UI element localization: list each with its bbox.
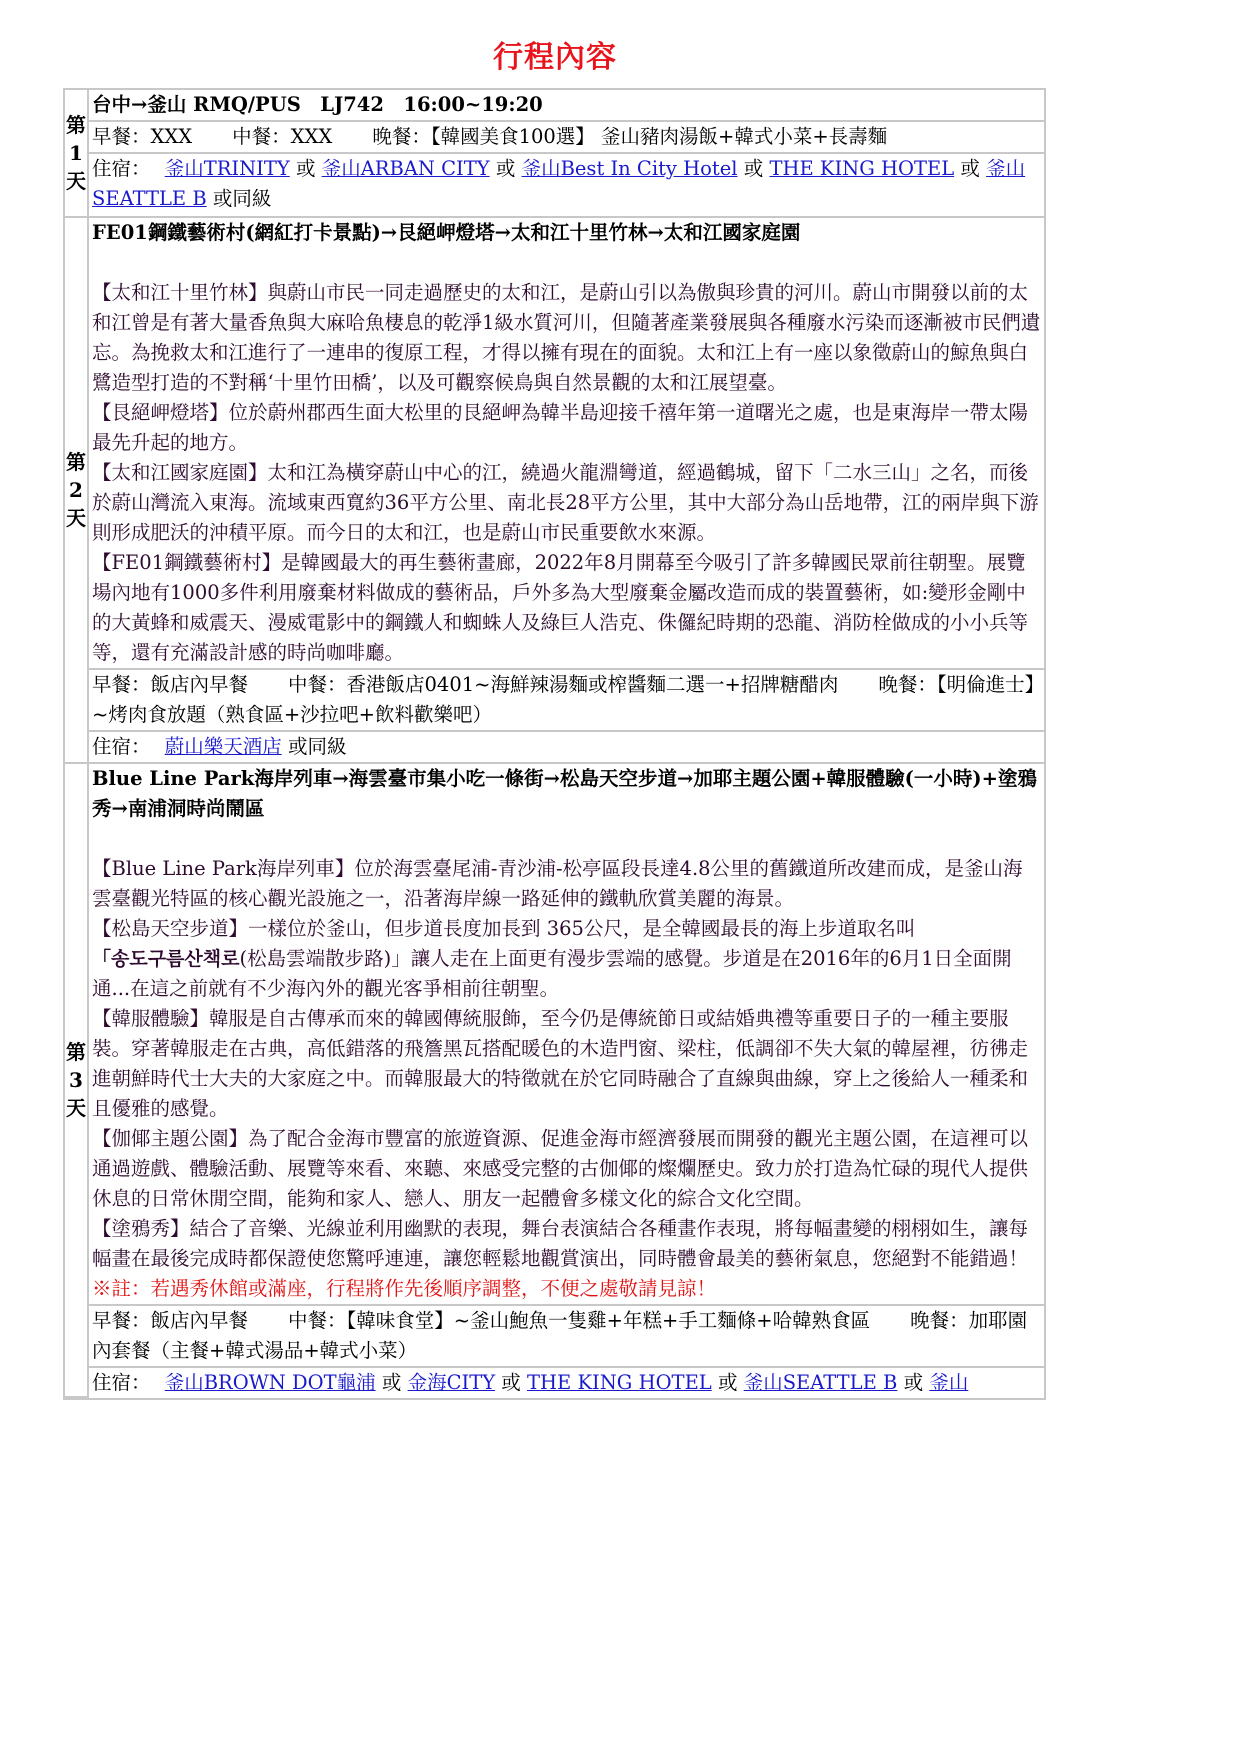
day3-stay-row: 住宿： 釜山BROWN DOT龜浦 或 金海CITY 或 THE KING HO… xyxy=(65,1368,1044,1398)
day2-description: 【太和江十里竹林】與蔚山市民一同走過歷史的太和江，是蔚山引以為傲與珍貴的河川。蔚… xyxy=(92,278,1042,668)
paragraph: 【韓服體驗】韓服是自古傳承而來的韓國傳統服飾，至今仍是傳統節日或結婚典禮等重要日… xyxy=(92,1004,1042,1124)
hotel-link[interactable]: 金海CITY xyxy=(408,1371,496,1394)
day1-meals: 早餐：XXX中餐：XXX晚餐：【韓國美食100選】 釜山豬肉湯飯+韓式小菜+長壽… xyxy=(89,122,1044,154)
hotel-link[interactable]: 釜山Best In City Hotel xyxy=(522,157,738,180)
paragraph: 【太和江國家庭園】太和江為橫穿蔚山中心的江，繞過火龍淵彎道，經過鶴城，留下「二水… xyxy=(92,458,1042,548)
breakfast: 早餐：飯店內早餐 xyxy=(92,673,248,696)
hotel-link[interactable]: 釜山SEATTLE B xyxy=(744,1371,898,1394)
day1-stay: 住宿： 釜山TRINITY 或 釜山ARBAN CITY 或 釜山Best In… xyxy=(89,154,1044,218)
breakfast: 早餐：XXX xyxy=(92,125,192,148)
day2-route: FE01鋼鐵藝術村(網紅打卡景點)→艮絕岬燈塔→太和江十里竹林→太和江國家庭園 xyxy=(92,218,1042,248)
paragraph: 【伽倻主題公園】為了配合金海市豐富的旅遊資源、促進金海市經濟發展而開發的觀光主題… xyxy=(92,1124,1042,1214)
hotel-link[interactable]: 釜山BROWN DOT龜浦 xyxy=(165,1371,376,1394)
paragraph: 【艮絕岬燈塔】位於蔚州郡西生面大松里的艮絕岬為韓半島迎接千禧年第一道曙光之處，也… xyxy=(92,398,1042,458)
paragraph: 【Blue Line Park海岸列車】位於海雲臺尾浦-青沙浦-松亭區段長達4.… xyxy=(92,854,1042,914)
hotel-link[interactable]: 蔚山樂天酒店 xyxy=(165,735,282,758)
paragraph: 【太和江十里竹林】與蔚山市民一同走過歷史的太和江，是蔚山引以為傲與珍貴的河川。蔚… xyxy=(92,278,1042,398)
notice-text: ※註：若遇秀休館或滿座，行程將作先後順序調整，不便之處敬請見諒！ xyxy=(92,1277,716,1300)
stay-prefix: 住宿： xyxy=(92,1371,151,1394)
day3-body: Blue Line Park海岸列車→海雲臺市集小吃一條街→松島天空步道→加耶主… xyxy=(89,764,1044,1306)
stay-prefix: 住宿： xyxy=(92,157,151,180)
day3-meals: 早餐：飯店內早餐中餐：【韓味食堂】~釜山鮑魚一隻雞+年糕+手工麵條+哈韓熟食區晚… xyxy=(89,1306,1044,1368)
page-title: 行程內容 xyxy=(0,38,1110,78)
day1-meals-row: 早餐：XXX中餐：XXX晚餐：【韓國美食100選】 釜山豬肉湯飯+韓式小菜+長壽… xyxy=(65,122,1044,154)
paragraph: 【FE01鋼鐵藝術村】是韓國最大的再生藝術畫廊，2022年8月開幕至今吸引了許多… xyxy=(92,548,1042,668)
itinerary-table: 第 1 天 台中→釜山 RMQ/PUS LJ742 16:00~19:20 早餐… xyxy=(63,88,1046,1400)
day2-meals: 早餐：飯店內早餐中餐：香港飯店0401~海鮮辣湯麵或榨醬麵二選一+招牌糖醋肉晚餐… xyxy=(89,670,1044,732)
day2-label: 第 2 天 xyxy=(65,218,89,764)
day3-description: 【Blue Line Park海岸列車】位於海雲臺尾浦-青沙浦-松亭區段長達4.… xyxy=(92,854,1042,1304)
hotel-link[interactable]: 釜山 xyxy=(929,1371,968,1394)
day1-stay-row: 住宿： 釜山TRINITY 或 釜山ARBAN CITY 或 釜山Best In… xyxy=(65,154,1044,218)
breakfast: 早餐：飯店內早餐 xyxy=(92,1309,248,1332)
day3-label: 第 3 天 xyxy=(65,764,89,1398)
korean-name: 「송도구름산책로 xyxy=(92,948,239,970)
hotel-link[interactable]: THE KING HOTEL xyxy=(769,157,954,180)
day3-route: Blue Line Park海岸列車→海雲臺市集小吃一條街→松島天空步道→加耶主… xyxy=(92,764,1042,824)
day2-body: FE01鋼鐵藝術村(網紅打卡景點)→艮絕岬燈塔→太和江十里竹林→太和江國家庭園 … xyxy=(89,218,1044,670)
day2-stay: 住宿： 蔚山樂天酒店 或同級 xyxy=(89,732,1044,764)
hotel-link[interactable]: 釜山ARBAN CITY xyxy=(322,157,490,180)
day3-body-row: 第 3 天 Blue Line Park海岸列車→海雲臺市集小吃一條街→松島天空… xyxy=(65,764,1044,1306)
day1-label: 第 1 天 xyxy=(65,90,89,218)
stay-prefix: 住宿： xyxy=(92,735,151,758)
lunch: 中餐：香港飯店0401~海鮮辣湯麵或榨醬麵二選一+招牌糖醋肉 xyxy=(288,673,838,696)
hotel-link[interactable]: THE KING HOTEL xyxy=(527,1371,712,1394)
day1-route-row: 第 1 天 台中→釜山 RMQ/PUS LJ742 16:00~19:20 xyxy=(65,90,1044,122)
paragraph: 【松島天空步道】一樣位於釜山，但步道長度加長到 365公尺，是全韓國最長的海上步… xyxy=(92,914,1042,1004)
day3-meals-row: 早餐：飯店內早餐中餐：【韓味食堂】~釜山鮑魚一隻雞+年糕+手工麵條+哈韓熟食區晚… xyxy=(65,1306,1044,1368)
paragraph: 【塗鴉秀】結合了音樂、光線並利用幽默的表現，舞台表演結合各種畫作表現，將每幅畫變… xyxy=(92,1214,1042,1304)
hotel-link[interactable]: 釜山TRINITY xyxy=(165,157,290,180)
day3-stay: 住宿： 釜山BROWN DOT龜浦 或 金海CITY 或 THE KING HO… xyxy=(89,1368,1044,1398)
day2-meals-row: 早餐：飯店內早餐中餐：香港飯店0401~海鮮辣湯麵或榨醬麵二選一+招牌糖醋肉晚餐… xyxy=(65,670,1044,732)
lunch: 中餐：【韓味食堂】~釜山鮑魚一隻雞+年糕+手工麵條+哈韓熟食區 xyxy=(288,1309,870,1332)
lunch: 中餐：XXX xyxy=(232,125,332,148)
day2-stay-row: 住宿： 蔚山樂天酒店 或同級 xyxy=(65,732,1044,764)
dinner: 晚餐：【韓國美食100選】 釜山豬肉湯飯+韓式小菜+長壽麵 xyxy=(372,125,887,148)
day2-body-row: 第 2 天 FE01鋼鐵藝術村(網紅打卡景點)→艮絕岬燈塔→太和江十里竹林→太和… xyxy=(65,218,1044,670)
day1-route: 台中→釜山 RMQ/PUS LJ742 16:00~19:20 xyxy=(89,90,1044,122)
